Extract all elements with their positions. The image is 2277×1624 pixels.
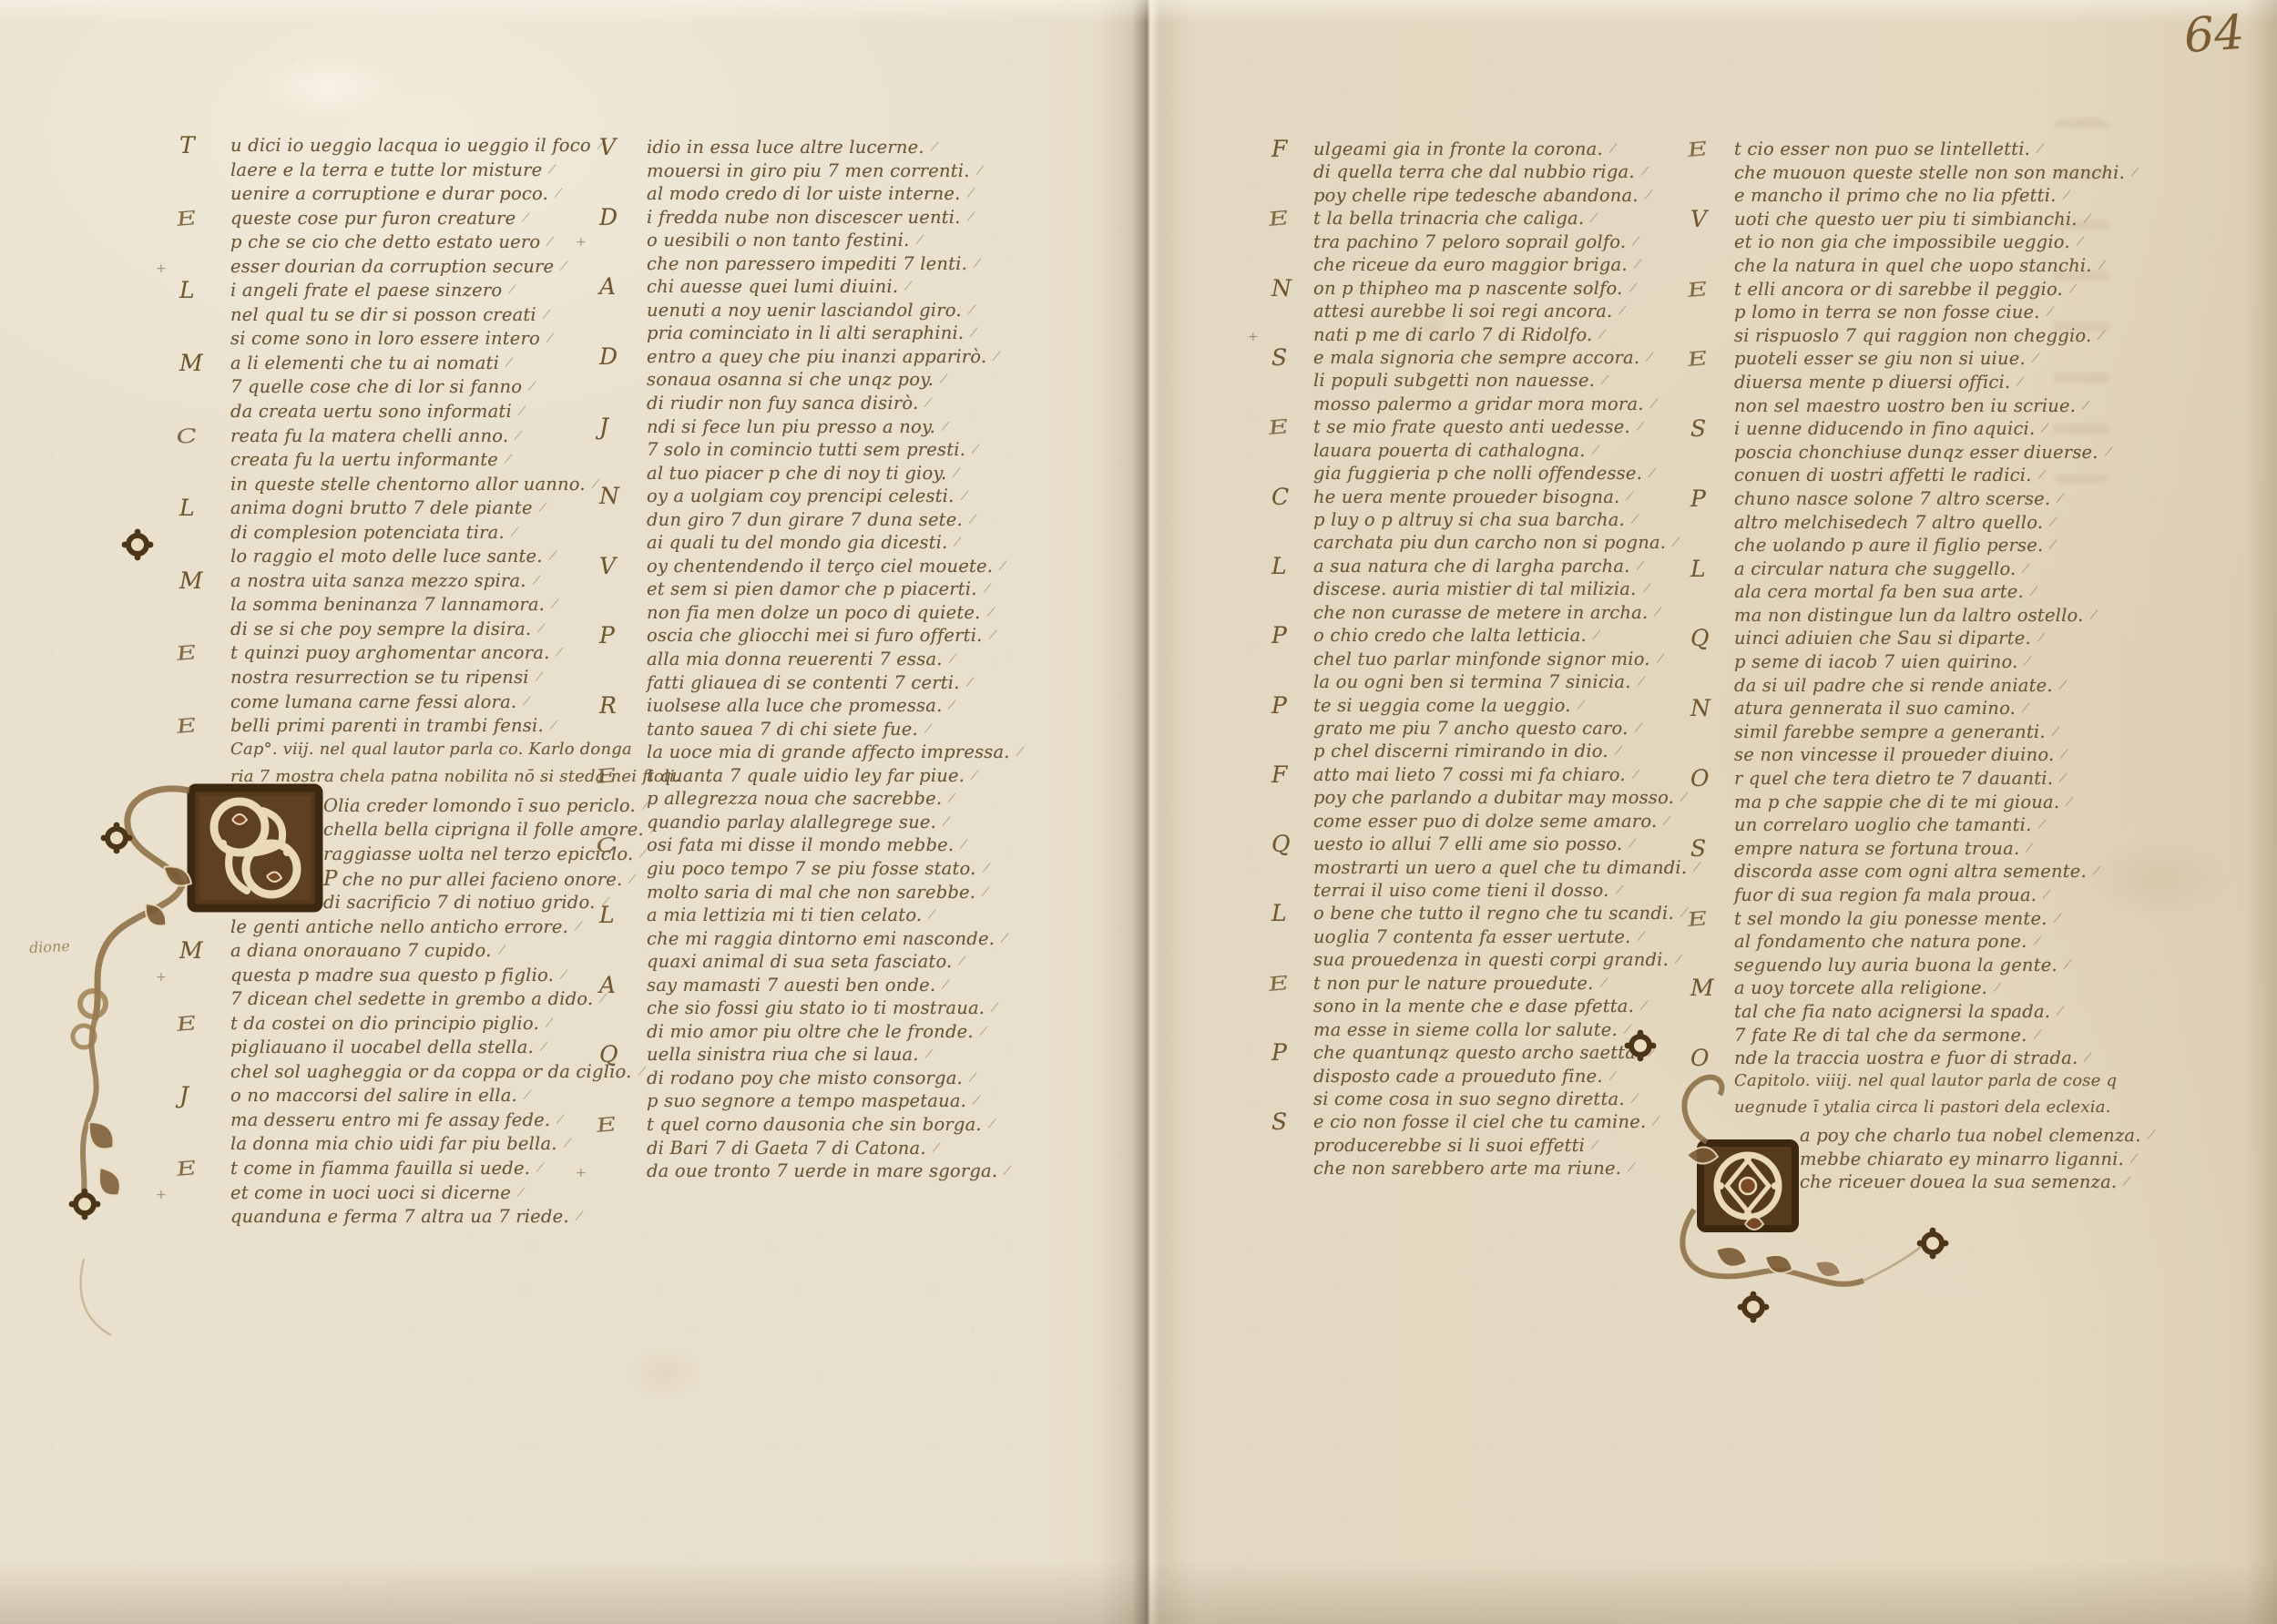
line-check-tick: / xyxy=(2064,957,2071,973)
line-check-tick: / xyxy=(970,325,977,341)
line-text: creata fu la uertu informante xyxy=(230,449,498,470)
verse-line: Se mala signoria che sempre accora./ xyxy=(1313,347,1699,370)
paraph-mark: E xyxy=(1266,972,1291,996)
line-text: i angeli frate el paese sinzero xyxy=(230,280,502,301)
line-check-tick: / xyxy=(1629,280,1637,295)
line-text: altro melchisedech 7 altro quello. xyxy=(1734,512,2043,533)
line-check-tick: / xyxy=(1634,257,1641,272)
line-text: osi fata mi disse il mondo mebbe. xyxy=(647,834,954,855)
line-check-tick: / xyxy=(904,279,912,294)
tercet-initial: V xyxy=(1690,206,1707,232)
line-text: la ou ogni ben si termina 7 sinicia. xyxy=(1313,671,1631,692)
line-check-tick: / xyxy=(1578,697,1585,712)
line-check-tick: / xyxy=(958,954,965,969)
verse-line: Ma uoy torcete alla religione./ xyxy=(1734,977,2153,1001)
line-text: di riudir non fuy sanca disirò. xyxy=(647,393,918,414)
line-text: t non pur le nature prouedute. xyxy=(1313,973,1594,994)
line-check-tick: / xyxy=(1616,883,1623,898)
line-check-tick: / xyxy=(2049,537,2057,553)
verse-line: che uolando p aure il figlio perse./ xyxy=(1734,535,2153,558)
gold-ring-ornament xyxy=(1736,1290,1771,1324)
verse-line: di Bari 7 di Gaeta 7 di Catona./ xyxy=(647,1138,1022,1161)
line-check-tick: / xyxy=(2034,934,2041,949)
line-check-tick: / xyxy=(546,331,554,346)
line-text: non sel maestro uostro ben iu scriue. xyxy=(1734,395,2076,416)
line-check-tick: / xyxy=(2037,141,2044,157)
tercet-initial: D xyxy=(599,204,618,230)
gold-ring-ornament xyxy=(1915,1226,1950,1261)
line-text: o uesibili o non tanto festini. xyxy=(647,230,910,250)
verse-line: Jndi si fece lun piu presso a noy./ xyxy=(647,416,1022,440)
line-check-tick: / xyxy=(1600,975,1608,990)
line-check-tick: / xyxy=(508,282,516,298)
line-check-tick: / xyxy=(991,1000,998,1016)
line-text: idio in essa luce altre lucerne. xyxy=(647,137,924,158)
verse-line: tal che fia nato acignersi la spada./ xyxy=(1734,1001,2153,1025)
line-check-tick: / xyxy=(548,161,556,177)
line-check-tick: / xyxy=(1675,952,1682,967)
line-check-tick: / xyxy=(993,349,1000,364)
verse-line: Riuolsese alla luce che promessa./ xyxy=(647,695,1022,719)
line-check-tick: / xyxy=(983,861,990,876)
line-text: seguendo luy auria buona la gente. xyxy=(1734,955,2057,975)
verse-line: 7 quelle cose che di lor si fanno/ xyxy=(230,376,680,401)
sheet-top-edge xyxy=(0,0,2277,24)
line-check-tick: / xyxy=(2052,724,2059,740)
verse-line: +o uesibili o non tanto festini./ xyxy=(647,230,1022,253)
line-check-tick: / xyxy=(2024,654,2031,669)
verse-line: Po chio credo che lalta letticia./ xyxy=(1313,625,1699,648)
line-check-tick: / xyxy=(505,355,513,371)
tercet-initial: N xyxy=(1271,275,1292,301)
line-check-tick: / xyxy=(931,139,938,155)
line-check-tick: / xyxy=(974,255,981,271)
line-text: t cio esser non puo se lintelletti. xyxy=(1734,138,2030,159)
line-text: tanto sauea 7 di chi siete fue. xyxy=(647,719,918,740)
line-text: on p thipheo ma p nascente solfo. xyxy=(1313,278,1623,299)
verse-line: un correlaro uoglio che tamanti./ xyxy=(1734,814,2153,838)
verse-line: seguendo luy auria buona la gente./ xyxy=(1734,955,2153,978)
verse-line: giu poco tempo 7 se piu fosse stato./ xyxy=(647,858,1022,882)
line-text: i fredda nube non discescer uenti. xyxy=(647,207,961,228)
line-text: che non curasse de metere in archa. xyxy=(1313,602,1648,623)
verse-line: Or quel che tera dietro te 7 dauanti./ xyxy=(1734,768,2153,792)
line-check-tick: / xyxy=(2084,211,2091,227)
line-check-tick: / xyxy=(961,488,968,504)
line-check-tick: / xyxy=(546,1015,553,1030)
line-text: ala cera mortal fa ben sua arte. xyxy=(1734,581,2024,602)
line-check-tick: / xyxy=(1615,743,1622,759)
line-check-tick: / xyxy=(980,1024,987,1039)
line-text: di quella terra che dal nubbio riga. xyxy=(1313,161,1635,182)
verse-line: altro melchisedech 7 altro quello./ xyxy=(1734,512,2153,536)
line-check-tick: / xyxy=(2123,1174,2130,1190)
line-text: non fia men dolze un poco di quiete. xyxy=(647,602,981,623)
line-text: te si ueggia come la ueggio. xyxy=(1313,695,1571,716)
line-text: come lumana carne fessi alora. xyxy=(230,691,516,712)
line-check-tick: / xyxy=(969,1070,976,1086)
line-text: a circular natura che suggello. xyxy=(1734,558,2016,579)
line-check-tick: / xyxy=(2057,491,2064,506)
verse-line: attesi aurebbe li soi regi ancora./ xyxy=(1313,301,1699,323)
line-text: t quanta 7 quale uidio ley far piue. xyxy=(647,765,965,786)
verse-line: al tuo piacer p che di noy ti gioy./ xyxy=(647,463,1022,486)
gold-ring-ornament xyxy=(1623,1028,1658,1063)
margin-plus-mark: + xyxy=(576,235,587,250)
tercet-initial: P xyxy=(1271,692,1287,719)
line-text: t se mio frate questo anti uedesse. xyxy=(1313,416,1630,437)
verse-line: Cosi fata mi disse il mondo mebbe./ xyxy=(647,834,1022,858)
line-text: r quel che tera dietro te 7 dauanti. xyxy=(1734,768,2053,789)
verse-line: quaxi animal di sua seta fasciato./ xyxy=(647,951,1022,975)
line-check-tick: / xyxy=(1646,350,1653,365)
verse-line: poscia chonchiuse dunqz esser diuerse./ xyxy=(1734,442,2153,465)
verse-line: conuen di uostri affetti le radici./ xyxy=(1734,465,2153,488)
line-check-tick: / xyxy=(1631,512,1639,527)
line-check-tick: / xyxy=(556,645,563,660)
line-text: chuno nasce solone 7 altro scerse. xyxy=(1734,488,2050,509)
line-check-tick: / xyxy=(551,597,558,612)
line-check-tick: / xyxy=(523,693,530,709)
line-text: a mia lettizia mi ti tien celato. xyxy=(647,904,922,925)
line-check-tick: / xyxy=(954,535,961,550)
line-text: producerebbe si li suoi effetti xyxy=(1313,1135,1585,1156)
line-check-tick: / xyxy=(2022,700,2029,716)
line-text: raggiasse uolta nel terzo epiciclo. xyxy=(323,843,633,864)
line-text: di rodano poy che misto consorga. xyxy=(647,1067,963,1088)
line-text: che muouon queste stelle non son manchi. xyxy=(1734,162,2125,183)
line-check-tick: / xyxy=(1609,1067,1617,1083)
verse-line: di sacrificio 7 di notiuo grido./ xyxy=(323,892,680,916)
line-text: giu poco tempo 7 se piu fosse stato. xyxy=(647,858,976,879)
verse-line: la uoce mia di grande affecto impressa./ xyxy=(647,741,1022,765)
line-text: che la natura in quel che uopo stanchi. xyxy=(1734,255,2092,276)
verse-line: uenuti a noy uenir lasciandol giro./ xyxy=(647,300,1022,323)
tercet-initial: L xyxy=(599,902,615,928)
line-text: t sel mondo la giu ponesse mente. xyxy=(1734,908,2047,929)
verse-line: Et se mio frate questo anti uedesse./ xyxy=(1313,416,1699,439)
line-check-tick: / xyxy=(984,581,991,597)
verse-line: lauara pouerta di cathalogna./ xyxy=(1313,440,1699,463)
line-check-tick: / xyxy=(1649,465,1656,481)
line-text: che sio fossi giu stato io ti mostraua. xyxy=(647,997,985,1018)
line-text: la uoce mia di grande affecto impressa. xyxy=(647,741,1010,762)
line-text: et io non gia che impossibile ueggio. xyxy=(1734,231,2070,252)
line-text: uenire a corruptione e durar poco. xyxy=(230,183,548,204)
line-check-tick: / xyxy=(999,558,1006,574)
line-check-tick: / xyxy=(517,1184,525,1200)
line-check-tick: / xyxy=(1629,836,1636,852)
verse-line: Si uenne diducendo in fino aquici./ xyxy=(1734,418,2153,442)
line-check-tick: / xyxy=(2026,841,2033,856)
line-check-tick: / xyxy=(1645,188,1652,203)
line-check-tick: / xyxy=(1004,1163,1011,1179)
tercet-initial: S xyxy=(1271,1108,1287,1135)
verse-line: che la natura in quel che uopo stanchi./ xyxy=(1734,255,2153,279)
verse-line: Voy chentendendo il terço ciel mouete./ xyxy=(647,556,1022,579)
line-check-tick: / xyxy=(539,500,546,516)
line-check-tick: / xyxy=(1632,767,1639,782)
line-check-tick: / xyxy=(2049,514,2057,529)
paraph-mark: E xyxy=(1685,907,1710,931)
line-check-tick: / xyxy=(982,883,989,899)
line-check-tick: / xyxy=(575,918,582,934)
line-text: uenuti a noy uenir lasciandol giro. xyxy=(647,300,962,321)
line-check-tick: / xyxy=(2059,771,2067,786)
line-text: p suo segnore a tempo maspetaua. xyxy=(647,1090,966,1111)
line-check-tick: / xyxy=(2098,327,2105,342)
verse-line: da si uil padre che si rende aniate./ xyxy=(1734,675,2153,699)
line-text: ma non distingue lun da laltro ostello. xyxy=(1734,605,2084,626)
verse-line: discese. auria mistier di tal milizia./ xyxy=(1313,578,1699,601)
gold-ring-ornament xyxy=(99,821,134,855)
line-check-tick: / xyxy=(2047,304,2054,320)
tercet-initial: M xyxy=(179,350,203,376)
line-text: oy a uolgiam coy prencipi celesti. xyxy=(647,485,955,506)
line-text: p che se cio che detto estato uero xyxy=(230,231,540,252)
verse-line: Natura gennerata il suo camino./ xyxy=(1734,698,2153,721)
line-text: i uenne diducendo in fino aquici. xyxy=(1734,418,2035,439)
folio-number: 64 xyxy=(2182,5,2246,64)
line-text: atura gennerata il suo camino. xyxy=(1734,698,2016,719)
line-text: empre natura se fortuna troua. xyxy=(1734,838,2019,859)
paraph-mark: E xyxy=(594,1113,618,1137)
line-check-tick: / xyxy=(1680,790,1688,805)
line-check-tick: / xyxy=(2022,560,2029,576)
paraph-mark: E xyxy=(594,764,618,788)
line-check-tick: / xyxy=(2038,817,2046,832)
verse-line: Fulgeami gia in fronte la corona./ xyxy=(1313,138,1699,161)
line-check-tick: / xyxy=(1592,442,1599,457)
line-text: diuersa mente p diuersi offici. xyxy=(1734,372,2010,393)
line-text: atto mai lieto 7 cossi mi fa chiaro. xyxy=(1313,764,1626,785)
line-check-tick: / xyxy=(1632,233,1639,249)
verse-line: La sua natura che di largha parcha./ xyxy=(1313,556,1699,578)
tercet-initial: A xyxy=(599,972,616,998)
tercet-initial: N xyxy=(1690,695,1710,721)
tercet-initial: S xyxy=(1690,835,1706,862)
margin-plus-mark: + xyxy=(576,1166,587,1180)
margin-plus-mark: + xyxy=(156,261,167,276)
verse-line: nostra resurrection se tu ripensi/ xyxy=(230,667,680,691)
verse-line: molto saria di mal che non sarebbe./ xyxy=(647,882,1022,905)
line-check-tick: / xyxy=(2130,1150,2138,1166)
tercet-initial: L xyxy=(1690,556,1706,582)
verse-line: carchata piu dun carcho non si pogna./ xyxy=(1313,532,1699,555)
line-text: si come cosa in suo segno diretta. xyxy=(1313,1088,1625,1109)
tercet-initial: L xyxy=(179,277,195,303)
line-text: fatti gliauea di se contenti 7 certi. xyxy=(647,672,960,693)
verse-line: Et la bella trinacria che caliga./ xyxy=(1313,208,1699,230)
line-check-tick: / xyxy=(948,698,955,713)
line-check-tick: / xyxy=(2043,887,2050,903)
line-check-tick: / xyxy=(2038,467,2046,483)
verse-line: Et sel mondo la giu ponesse mente./ xyxy=(1734,908,2153,932)
verse-line: di quella terra che dal nubbio riga./ xyxy=(1313,161,1699,184)
line-check-tick: / xyxy=(2017,374,2024,390)
gold-ring-ornament xyxy=(67,1187,102,1221)
verse-line: e mancho il primo che no lia pfetti./ xyxy=(1734,185,2153,209)
gold-ring-ornament xyxy=(120,527,155,562)
verse-line: gia fuggieria p che nolli offendesse./ xyxy=(1313,463,1699,485)
verse-line: di rodano poy che misto consorga./ xyxy=(647,1067,1022,1091)
line-check-tick: / xyxy=(1635,720,1642,736)
text-column-2: Vidio in essa luce altre lucerne./mouers… xyxy=(647,137,1022,1184)
verse-line: la ou ogni ben si termina 7 sinicia./ xyxy=(1313,671,1699,694)
line-check-tick: / xyxy=(973,1093,980,1108)
line-check-tick: / xyxy=(1643,581,1650,597)
line-text: p lomo in terra se non fosse ciue. xyxy=(1734,301,2040,322)
line-text: oy chentendendo il terço ciel mouete. xyxy=(647,556,993,577)
line-check-tick: / xyxy=(971,767,978,782)
line-text: li populi subgetti non nauesse. xyxy=(1313,370,1595,391)
verse-line: Creata fu la matera chelli anno./ xyxy=(230,425,680,450)
tercet-initial: V xyxy=(599,553,616,579)
verse-line: Pche no pur allei facieno onore./ xyxy=(323,867,680,892)
verse-line: terrai il uiso come tieni il dosso./ xyxy=(1313,880,1699,903)
line-text: mouersi in giro piu 7 men correnti. xyxy=(647,160,970,181)
line-text: t quinzi puoy arghomentar ancora. xyxy=(230,642,549,663)
line-check-tick: / xyxy=(550,718,557,733)
line-check-tick: / xyxy=(1657,650,1664,666)
tercet-initial: J xyxy=(599,414,608,440)
line-check-tick: / xyxy=(564,1136,571,1151)
line-text: dun giro 7 dun girare 7 duna sete. xyxy=(647,509,963,530)
line-text: uoglia 7 contenta fa esser uertute. xyxy=(1313,926,1631,947)
tercet-initial: T xyxy=(179,132,195,158)
line-text: e mala signoria che sempre accora. xyxy=(1313,347,1639,368)
line-check-tick: / xyxy=(505,452,512,467)
line-text: al modo credo di lor uiste interne. xyxy=(647,183,961,204)
line-text: che no pur allei facieno onore. xyxy=(342,869,623,890)
verse-line: chel tuo parlar minfonde signor mio./ xyxy=(1313,649,1699,671)
line-check-tick: / xyxy=(2082,397,2089,413)
tercet-initial: F xyxy=(1271,136,1288,162)
tercet-initial: L xyxy=(1271,900,1287,926)
line-text: sua prouedenza in questi corpi grandi. xyxy=(1313,949,1669,970)
line-text: da si uil padre che si rende aniate. xyxy=(1734,675,2053,696)
line-text: tal che fia nato acignersi la spada. xyxy=(1734,1001,2050,1022)
verse-line: di complesion potenciata tira./ xyxy=(230,522,680,546)
line-check-tick: / xyxy=(925,1047,933,1062)
line-check-tick: / xyxy=(2093,863,2100,879)
line-text: uesto io allui 7 elli ame sio posso. xyxy=(1313,833,1622,854)
verse-line: et sem si pien damor che p piacerti./ xyxy=(647,578,1022,602)
line-text: p seme di iacob 7 uien quirino. xyxy=(1734,651,2017,672)
line-text: gia fuggieria p che nolli offendesse. xyxy=(1313,463,1642,484)
line-check-tick: / xyxy=(515,427,522,443)
line-check-tick: / xyxy=(524,1088,531,1103)
line-text: ulgeami gia in fronte la corona. xyxy=(1313,138,1603,159)
line-check-tick: / xyxy=(522,209,529,225)
page-gutter xyxy=(1098,0,1198,1624)
line-text: poscia chonchiuse dunqz esser diuerse. xyxy=(1734,442,2098,463)
line-text: chel tuo parlar minfonde signor mio. xyxy=(1313,649,1650,669)
verse-line: al modo credo di lor uiste interne./ xyxy=(647,183,1022,207)
line-text: fuor di sua region fa mala proua. xyxy=(1734,884,2037,905)
tercet-initial: L xyxy=(179,495,195,521)
line-text: he uera mente proueder bisogna. xyxy=(1313,486,1619,507)
line-check-tick: / xyxy=(2077,234,2084,250)
line-text: Olia creder lomondo ī suo periclo. xyxy=(323,795,636,816)
line-check-tick: / xyxy=(2041,421,2048,436)
line-text: che non paressero impediti 7 lenti. xyxy=(647,253,967,274)
verse-line: che sio fossi giu stato io ti mostraua./ xyxy=(647,997,1022,1021)
line-text: pria cominciato in li alti seraphini. xyxy=(647,322,964,343)
line-check-tick: / xyxy=(1637,558,1644,574)
verse-line: ma non distingue lun da laltro ostello./ xyxy=(1734,605,2153,628)
verse-line: Poscia che gliocchi mei si furo offerti.… xyxy=(647,625,1022,649)
line-check-tick: / xyxy=(2063,188,2070,203)
tercet-initial: S xyxy=(1690,415,1706,442)
tercet-initial: D xyxy=(599,343,618,370)
verse-line: p allegrezza noua che sacrebbe./ xyxy=(647,788,1022,812)
line-text: che mi raggia dintorno emi nasconde. xyxy=(647,928,995,949)
line-text: si come sono in loro essere intero xyxy=(230,328,540,349)
line-check-tick: / xyxy=(1618,303,1626,319)
verse-line: che muouon queste stelle non son manchi.… xyxy=(1734,162,2153,186)
verse-line: Et cio esser non puo se lintelletti./ xyxy=(1734,138,2153,162)
line-text: oscia che gliocchi mei si furo offerti. xyxy=(647,625,983,646)
verse-line: poy chelle ripe tedesche abandona./ xyxy=(1313,185,1699,208)
line-text: disposto cade a proueduto fine. xyxy=(1313,1066,1603,1087)
line-text: terrai il uiso come tieni il dosso. xyxy=(1313,880,1609,901)
line-text: molto saria di mal che non sarebbe. xyxy=(647,882,975,903)
verse-line: quandio parlay alallegrege sue./ xyxy=(647,812,1022,835)
tercet-initial: Q xyxy=(1271,831,1291,857)
line-text: che quantunqz questo archo saetta. xyxy=(1313,1042,1642,1063)
tercet-initial: L xyxy=(1271,553,1287,579)
line-check-tick: / xyxy=(528,379,536,394)
tercet-initial: Q xyxy=(1690,625,1710,651)
paraph-mark: C xyxy=(594,834,619,858)
line-text: puoteli esser se giu non si uiue. xyxy=(1734,348,2026,369)
line-check-tick: / xyxy=(498,943,505,958)
line-check-tick: / xyxy=(2054,910,2061,925)
tercet-initial: P xyxy=(599,622,615,649)
line-check-tick: / xyxy=(540,1039,547,1055)
line-text: sono in la mente che e dase pfetta. xyxy=(1313,996,1634,1016)
line-text: in queste stelle chentorno allor uanno. xyxy=(230,474,586,495)
verse-line: Che uera mente proueder bisogna./ xyxy=(1313,486,1699,509)
line-text: chi auesse quei lumi diuini. xyxy=(647,276,898,297)
line-text: a nostra uita sanza mezzo spira. xyxy=(230,570,526,591)
line-check-tick: / xyxy=(1641,164,1649,179)
verse-line: Et quanta 7 quale uidio ley far piue./ xyxy=(647,765,1022,789)
line-text: 7 solo in comincio tutti sem presti. xyxy=(647,439,965,460)
line-text: discese. auria mistier di tal milizia. xyxy=(1313,578,1637,599)
verse-line: diuersa mente p diuersi offici./ xyxy=(1734,372,2153,395)
tercet-initial: O xyxy=(1690,765,1710,792)
verse-line: Pte si ueggia come la ueggio./ xyxy=(1313,695,1699,718)
line-check-tick: / xyxy=(2059,677,2067,692)
line-check-tick: / xyxy=(536,669,543,685)
line-check-tick: / xyxy=(924,720,932,736)
line-text: al tuo piacer p che di noy ti gioy. xyxy=(647,463,946,484)
line-check-tick: / xyxy=(1637,419,1644,434)
paraph-mark: C xyxy=(174,424,199,448)
line-text: t quel corno dausonia che sin borga. xyxy=(647,1114,982,1135)
line-text: sonaua osanna si che unqz poy. xyxy=(647,369,934,390)
line-check-tick: / xyxy=(556,1112,564,1128)
line-check-tick: / xyxy=(576,1209,583,1224)
line-check-tick: / xyxy=(967,209,975,224)
verse-line: chella bella ciprigna il folle amore./ xyxy=(323,819,680,843)
verse-line: creata fu la uertu informante/ xyxy=(230,449,680,474)
line-check-tick: / xyxy=(949,651,956,667)
line-text: di Bari 7 di Gaeta 7 di Catona. xyxy=(647,1138,926,1159)
paraph-mark: E xyxy=(174,642,199,666)
